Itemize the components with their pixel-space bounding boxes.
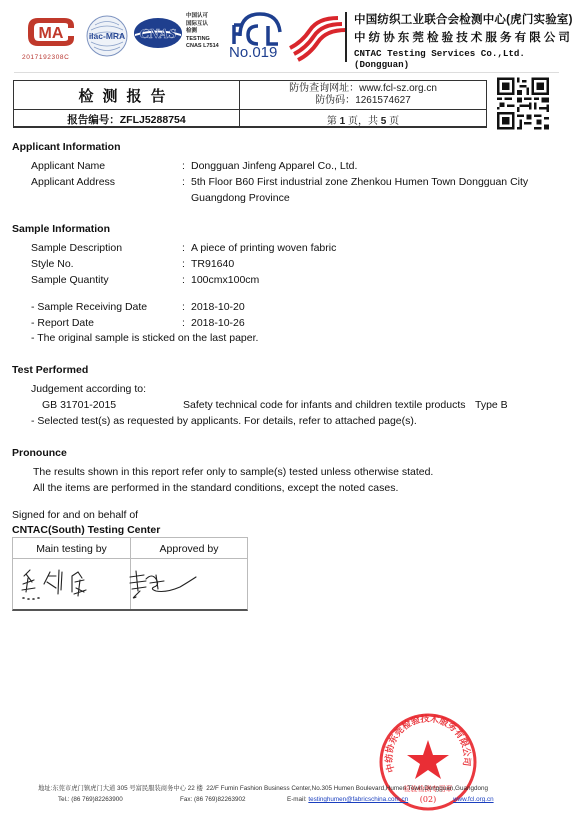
sample-quantity-value: 100cmx100cm xyxy=(191,274,259,286)
colon: : xyxy=(182,160,185,172)
footer-email: E-mail: testinghumen@fabricschina.com.cn xyxy=(287,796,408,803)
header-rule xyxy=(14,72,559,73)
judgement-label: Judgement according to: xyxy=(31,383,146,395)
sample-description-label: Sample Description xyxy=(31,242,122,254)
svg-text:ilac-MRA: ilac-MRA xyxy=(89,31,125,41)
svg-text:CNAS: CNAS xyxy=(140,27,177,42)
sample-quantity-label: Sample Quantity xyxy=(31,274,109,286)
svg-text:MA: MA xyxy=(39,25,64,42)
main-tester-signature xyxy=(20,562,100,604)
report-info-box: 检测报告 报告编号：ZFLJ5288754 防伪查询网址：www.fcl-sz.… xyxy=(13,80,487,128)
pronounce-heading: Pronounce xyxy=(12,447,67,459)
svg-text:(02): (02) xyxy=(420,795,436,804)
org-name-en: CNTAC Testing Services Co.,Ltd.(Dongguan… xyxy=(354,48,573,70)
colon: : xyxy=(182,176,185,188)
sample-note: - The original sample is sticked on the … xyxy=(31,332,258,344)
test-heading: Test Performed xyxy=(12,364,88,376)
standard-type: Type B xyxy=(475,399,508,411)
colon: : xyxy=(182,274,185,286)
style-no-value: TR91640 xyxy=(191,258,234,270)
org-name-cn-2: 中纺协东莞检验技术服务有限公司 xyxy=(354,29,573,45)
main-testing-by-header: Main testing by xyxy=(13,543,130,555)
cma-number: 2017192308C xyxy=(22,54,69,61)
applicant-address-value: 5th Floor B60 First industrial zone Zhen… xyxy=(191,176,528,188)
footer-tel: Tel.: (86 769)82263900 xyxy=(58,796,123,803)
applicant-address-label: Applicant Address xyxy=(31,176,115,188)
colon: : xyxy=(182,317,185,329)
standard-code: GB 31701-2015 xyxy=(42,399,116,411)
footer-address: 地址:东莞市虎门镇虎门大道 305 号富民服装商务中心 22 楼 22/F Fu… xyxy=(38,783,488,792)
header-divider xyxy=(345,12,347,62)
applicant-address-value-line2: Guangdong Province xyxy=(191,192,290,204)
style-no-label: Style No. xyxy=(31,258,74,270)
report-date-value: 2018-10-26 xyxy=(191,317,245,329)
sample-description-value: A piece of printing woven fabric xyxy=(191,242,336,254)
receiving-date-value: 2018-10-20 xyxy=(191,301,245,313)
applicant-heading: Applicant Information xyxy=(12,141,121,153)
cma-logo: MA xyxy=(24,12,78,52)
standard-title: Safety technical code for infants and ch… xyxy=(183,399,466,411)
colon: : xyxy=(182,242,185,254)
cnas-logo: CNAS xyxy=(133,17,183,49)
selected-tests-note: - Selected test(s) as requested by appli… xyxy=(31,415,417,427)
email-link[interactable]: testinghumen@fabricschina.com.cn xyxy=(308,796,408,803)
colon: : xyxy=(182,258,185,270)
applicant-name-label: Applicant Name xyxy=(31,160,105,172)
report-number: 报告编号：ZFLJ5288754 xyxy=(14,112,239,127)
org-name-cn-1: 中国纺织工业联合会检测中心(虎门实验室) xyxy=(354,11,573,27)
anti-fake-info: 防伪查询网址：www.fcl-sz.org.cn 防伪码：1261574627 xyxy=(240,83,486,107)
pronounce-line-2: All the items are performed in the stand… xyxy=(33,482,398,494)
anti-fake-code: 1261574627 xyxy=(355,95,411,106)
receiving-date-label: - Sample Receiving Date xyxy=(31,301,147,313)
testing-center-name: CNTAC(South) Testing Center xyxy=(12,524,160,536)
signed-on-behalf: Signed for and on behalf of xyxy=(12,509,138,521)
cnas-accreditation-text: 中国认可 国际互认 检测 TESTING CNAS L7514 xyxy=(186,13,219,51)
report-date-label: - Report Date xyxy=(31,317,94,329)
pronounce-line-1: The results shown in this report refer o… xyxy=(33,466,433,478)
fcl-number: No.019 xyxy=(229,44,277,61)
website-link[interactable]: www.fcl.org.cn xyxy=(453,796,494,803)
applicant-name-value: Dongguan Jinfeng Apparel Co., Ltd. xyxy=(191,160,357,172)
approver-signature xyxy=(126,565,198,601)
sample-heading: Sample Information xyxy=(12,223,110,235)
ilac-mra-logo: ilac-MRA xyxy=(85,14,129,58)
colon: : xyxy=(182,301,185,313)
anti-fake-url[interactable]: www.fcl-sz.org.cn xyxy=(359,83,437,94)
page-info: 第 1 页，共 5 页 xyxy=(240,112,486,127)
report-title: 检测报告 xyxy=(14,85,239,106)
footer-fax: Fax: (86 769)82263902 xyxy=(180,796,245,803)
approved-by-header: Approved by xyxy=(131,543,247,555)
qr-code-icon[interactable] xyxy=(497,77,549,130)
